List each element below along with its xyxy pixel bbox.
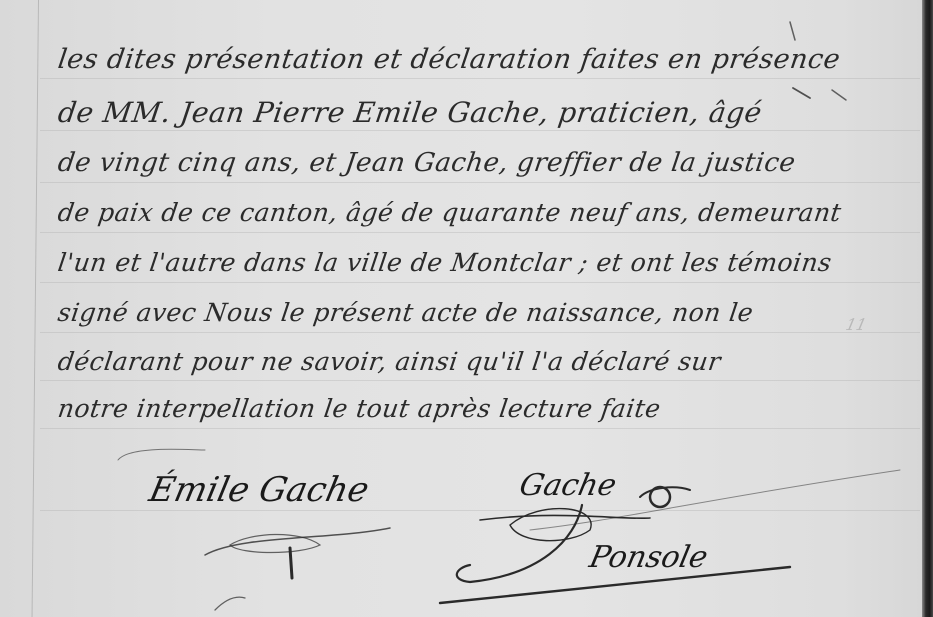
ruled-line	[40, 282, 920, 283]
text-line-8: notre interpellation le tout après lectu…	[56, 394, 663, 423]
text-line-1: les dites présentation et déclaration fa…	[56, 44, 842, 75]
text-line-5: l'un et l'autre dans la ville de Montcla…	[56, 248, 834, 277]
text-line-4: de paix de ce canton, âgé de quarante ne…	[56, 198, 843, 227]
ruled-line	[40, 332, 920, 333]
ruled-line	[40, 182, 920, 183]
ruled-line	[40, 232, 920, 233]
text-line-6: signé avec Nous le présent acte de naiss…	[56, 298, 755, 327]
signature-emile-gache: Émile Gache	[146, 470, 373, 510]
signature-ponsole: Ponsole	[586, 540, 711, 575]
text-line-7: déclarant pour ne savoir, ainsi qu'il l'…	[56, 347, 723, 376]
ruled-line	[40, 428, 920, 429]
signature-gache: Gache	[516, 468, 619, 503]
margin-rule	[32, 0, 39, 617]
text-line-3: de vingt cinq ans, et Jean Gache, greffi…	[56, 148, 798, 178]
binding-edge	[922, 0, 933, 617]
ruled-line	[40, 78, 920, 79]
ruled-line	[40, 380, 920, 381]
document-page: les dites présentation et déclaration fa…	[0, 0, 933, 617]
ruled-line	[40, 130, 920, 131]
text-line-2: de MM. Jean Pierre Emile Gache, praticie…	[56, 96, 764, 129]
ruled-line	[40, 510, 920, 511]
margin-note: 11	[844, 315, 868, 334]
